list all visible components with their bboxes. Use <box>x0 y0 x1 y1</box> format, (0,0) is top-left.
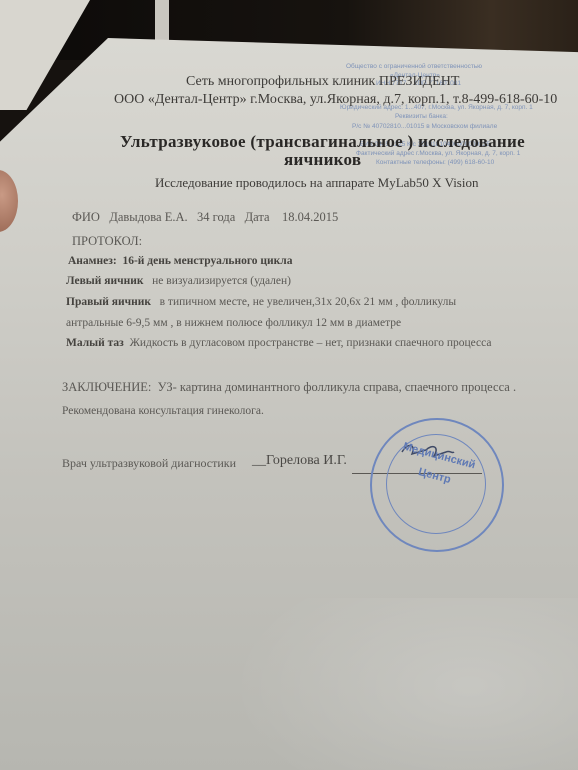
conclusion: ЗАКЛЮЧЕНИЕ: УЗ- картина доминантного фол… <box>62 380 516 395</box>
conclusion-label: ЗАКЛЮЧЕНИЕ: <box>62 380 151 394</box>
round-stamp: Медицинский Центр <box>370 418 504 552</box>
stamp-line: Общество с ограниченной ответственностью <box>346 63 482 70</box>
device-info: Исследование проводилось на аппарате MyL… <box>155 175 478 191</box>
protocol-label: ПРОТОКОЛ: <box>72 234 142 249</box>
patient-name: Давыдова Е.А. <box>109 210 187 224</box>
company-address: ООО «Дентал-Центр» г.Москва, ул.Якорная,… <box>114 92 557 108</box>
recommendation: Рекомендована консультация гинеколога. <box>62 405 264 417</box>
patient-line: ФИО Давыдова Е.А. 34 года Дата 18.04.201… <box>72 210 338 225</box>
doctor-name: __Горелова И.Г. <box>252 453 347 469</box>
stamp-line: Контактные телефоны: (499) 618-60-10 <box>376 159 494 166</box>
exam-date: 18.04.2015 <box>282 210 338 224</box>
finding-text: 16-й день менструального цикла <box>122 255 292 267</box>
fio-label: ФИО <box>72 210 100 224</box>
document-title-line2: яичников <box>284 150 361 170</box>
finding-pelvis: Малый таз Жидкость в дугласовом простран… <box>66 337 491 349</box>
doctor-role: Врач ультразвуковой диагностики <box>62 456 236 471</box>
finding-anamnesis: Анамнез: 16-й день менструального цикла <box>68 255 293 267</box>
finding-text: в типичном месте, не увеличен,31х 20,6х … <box>160 296 456 308</box>
finding-label: Малый таз <box>66 337 124 349</box>
finding-label: Левый яичник <box>66 275 144 287</box>
finding-right-ovary: Правый яичник в типичном месте, не увели… <box>66 296 456 308</box>
finding-right-ovary-cont: антральные 6-9,5 мм , в нижнем полюсе фо… <box>66 317 401 329</box>
date-label: Дата <box>245 210 270 224</box>
finding-label: Анамнез: <box>68 255 117 267</box>
patient-age: 34 года <box>197 210 235 224</box>
conclusion-text: УЗ- картина доминантного фолликула справ… <box>158 380 516 394</box>
finding-text: не визуализируется (удален) <box>152 275 291 287</box>
stamp-line: Реквизиты банка: <box>395 113 448 120</box>
background-strip <box>155 0 169 40</box>
finding-label: Правый яичник <box>66 296 151 308</box>
finding-text: Жидкость в дугласовом пространстве – нет… <box>130 337 492 349</box>
finding-text: антральные 6-9,5 мм , в нижнем полюсе фо… <box>66 317 401 329</box>
stamp-line: Р/с № 40702810...01015 в Московском фили… <box>352 123 497 130</box>
clinic-network: Сеть многопрофильных клиник ПРЕЗИДЕНТ <box>186 74 459 90</box>
finding-left-ovary: Левый яичник не визуализируется (удален) <box>66 275 291 287</box>
document-title: Ультразвуковое (трансвагинальное ) иссле… <box>120 132 525 152</box>
